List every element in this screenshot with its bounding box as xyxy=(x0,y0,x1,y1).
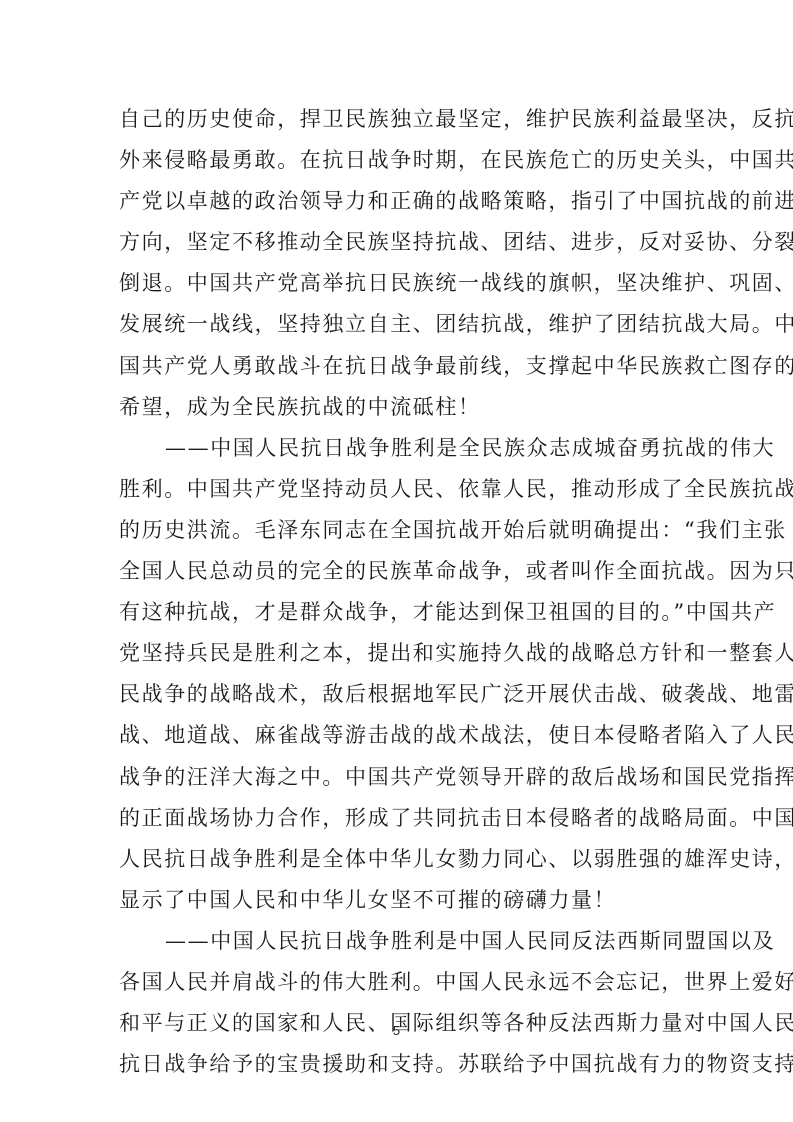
text-line: 胜利。中国共产党坚持动员人民、依靠人民，推动形成了全民族抗战 xyxy=(119,469,675,510)
paragraph: ——中国人民抗日战争胜利是全民族众志成城奋勇抗战的伟大 胜利。中国共产党坚持动员… xyxy=(119,428,675,921)
text-line: 有这种抗战，才是群众战争，才能达到保卫祖国的目的。”中国共产 xyxy=(119,592,675,633)
text-line: 显示了中国人民和中华儿女坚不可摧的磅礴力量！ xyxy=(119,880,675,921)
text-line: 外来侵略最勇敢。在抗日战争时期，在民族危亡的历史关头，中国共 xyxy=(119,140,675,181)
text-line: 民战争的战略战术，敌后根据地军民广泛开展伏击战、破袭战、地雷 xyxy=(119,674,675,715)
text-line: 全国人民总动员的完全的民族革命战争，或者叫作全面抗战。因为只 xyxy=(119,551,675,592)
text-line: 战、地道战、麻雀战等游击战的战术战法，使日本侵略者陷入了人民 xyxy=(119,715,675,756)
text-line: 产党以卓越的政治领导力和正确的战略策略，指引了中国抗战的前进 xyxy=(119,181,675,222)
text-line: 战争的汪洋大海之中。中国共产党领导开辟的敌后战场和国民党指挥 xyxy=(119,757,675,798)
text-line: 党坚持兵民是胜利之本，提出和实施持久战的战略总方针和一整套人 xyxy=(119,633,675,674)
text-line: 希望，成为全民族抗战的中流砥柱！ xyxy=(119,387,675,428)
text-line: 方向，坚定不移推动全民族坚持抗战、团结、进步，反对妥协、分裂、 xyxy=(119,222,675,263)
text-line: 自己的历史使命，捍卫民族独立最坚定，维护民族利益最坚决，反抗 xyxy=(119,99,675,140)
text-line: ——中国人民抗日战争胜利是中国人民同反法西斯同盟国以及 xyxy=(119,921,675,962)
text-line: 各国人民并肩战斗的伟大胜利。中国人民永远不会忘记，世界上爱好 xyxy=(119,962,675,1003)
text-line: 倒退。中国共产党高举抗日民族统一战线的旗帜，坚决维护、巩固、 xyxy=(119,263,675,304)
text-line: 抗日战争给予的宝贵援助和支持。苏联给予中国抗战有力的物资支持， xyxy=(119,1044,675,1085)
body-text: 自己的历史使命，捍卫民族独立最坚定，维护民族利益最坚决，反抗 外来侵略最勇敢。在… xyxy=(119,99,675,1085)
paragraph: 自己的历史使命，捍卫民族独立最坚定，维护民族利益最坚决，反抗 外来侵略最勇敢。在… xyxy=(119,99,675,428)
text-line: ——中国人民抗日战争胜利是全民族众志成城奋勇抗战的伟大 xyxy=(119,428,675,469)
text-line: 的正面战场协力合作，形成了共同抗击日本侵略者的战略局面。中国 xyxy=(119,798,675,839)
text-line: 人民抗日战争胜利是全体中华儿女勠力同心、以弱胜强的雄浑史诗， xyxy=(119,839,675,880)
page-number: 5 xyxy=(0,1023,793,1038)
text-line: 发展统一战线，坚持独立自主、团结抗战，维护了团结抗战大局。中 xyxy=(119,304,675,345)
paragraph: ——中国人民抗日战争胜利是中国人民同反法西斯同盟国以及 各国人民并肩战斗的伟大胜… xyxy=(119,921,675,1085)
text-line: 的历史洪流。毛泽东同志在全国抗战开始后就明确提出：“我们主张 xyxy=(119,510,675,551)
document-page: 自己的历史使命，捍卫民族独立最坚定，维护民族利益最坚决，反抗 外来侵略最勇敢。在… xyxy=(0,0,793,1122)
text-line: 国共产党人勇敢战斗在抗日战争最前线，支撑起中华民族救亡图存的 xyxy=(119,346,675,387)
